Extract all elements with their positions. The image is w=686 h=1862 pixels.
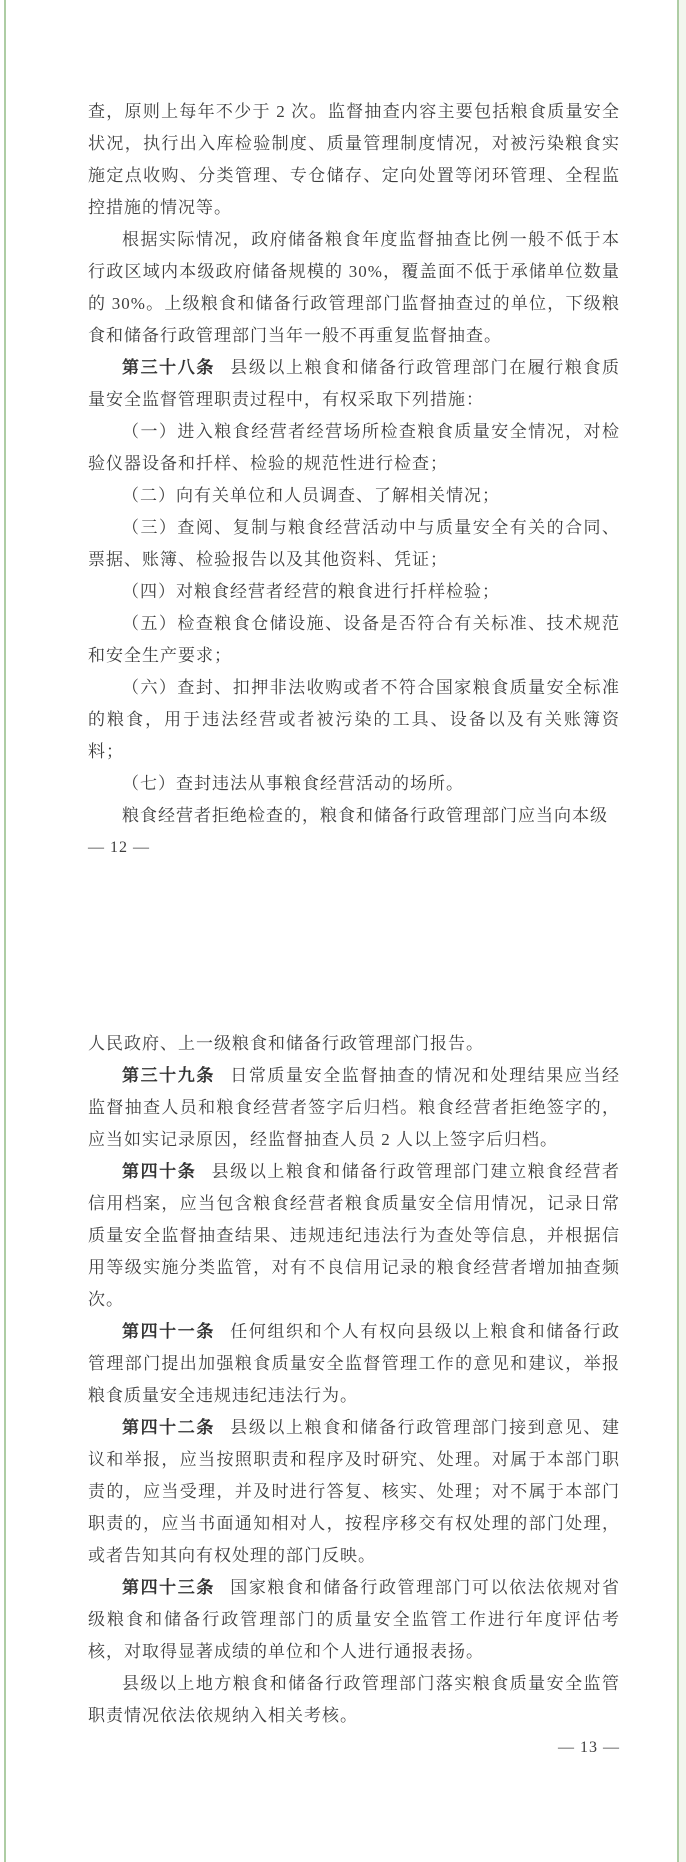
page-right-margin-strip — [679, 0, 686, 1862]
page-13: 人民政府、上一级粮食和储备行政管理部门报告。第三十九条日常质量安全监督抽查的情况… — [88, 1028, 620, 1763]
paragraph: （一）进入粮食经营者经营场所检查粮食质量安全情况，对检验仪器设备和扦样、检验的规… — [88, 416, 620, 480]
page-right-border — [677, 0, 679, 1862]
paragraph: （三）查阅、复制与粮食经营活动中与质量安全有关的合同、票据、账簿、检验报告以及其… — [88, 512, 620, 576]
article-number: 第三十九条 — [122, 1066, 215, 1085]
paragraph: 第四十条县级以上粮食和储备行政管理部门建立粮食经营者信用档案，应当包含粮食经营者… — [88, 1156, 620, 1316]
paragraph: （二）向有关单位和人员调查、了解相关情况； — [88, 480, 620, 512]
paragraph: （七）查封违法从事粮食经营活动的场所。 — [88, 768, 620, 800]
article-number: 第四十三条 — [122, 1578, 215, 1597]
page-12: 查，原则上每年不少于 2 次。监督抽查内容主要包括粮食质量安全状况，执行出入库检… — [88, 96, 620, 863]
paragraph: （六）查封、扣押非法收购或者不符合国家粮食质量安全标准的粮食，用于违法经营或者被… — [88, 672, 620, 768]
paragraph: 第四十二条县级以上粮食和储备行政管理部门接到意见、建议和举报，应当按照职责和程序… — [88, 1412, 620, 1572]
page-12-body: 查，原则上每年不少于 2 次。监督抽查内容主要包括粮食质量安全状况，执行出入库检… — [88, 96, 620, 832]
paragraph: 根据实际情况，政府储备粮食年度监督抽查比例一般不低于本行政区域内本级政府储备规模… — [88, 224, 620, 352]
page-number-13: — 13 — — [88, 1733, 620, 1763]
page-13-body: 人民政府、上一级粮食和储备行政管理部门报告。第三十九条日常质量安全监督抽查的情况… — [88, 1028, 620, 1732]
page-number-12: — 12 — — [88, 833, 620, 863]
paragraph: （四）对粮食经营者经营的粮食进行扦样检验； — [88, 576, 620, 608]
paragraph: 人民政府、上一级粮食和储备行政管理部门报告。 — [88, 1028, 620, 1060]
document-viewer: 查，原则上每年不少于 2 次。监督抽查内容主要包括粮食质量安全状况，执行出入库检… — [0, 0, 686, 1862]
article-number: 第四十二条 — [122, 1418, 215, 1437]
paragraph: 第四十一条任何组织和个人有权向县级以上粮食和储备行政管理部门提出加强粮食质量安全… — [88, 1316, 620, 1412]
article-number: 第四十条 — [122, 1162, 196, 1181]
paragraph: 查，原则上每年不少于 2 次。监督抽查内容主要包括粮食质量安全状况，执行出入库检… — [88, 96, 620, 224]
paragraph: （五）检查粮食仓储设施、设备是否符合有关标准、技术规范和安全生产要求； — [88, 608, 620, 672]
paragraph: 县级以上地方粮食和储备行政管理部门落实粮食质量安全监管职责情况依法依规纳入相关考… — [88, 1668, 620, 1732]
paragraph: 粮食经营者拒绝检查的，粮食和储备行政管理部门应当向本级 — [88, 800, 620, 832]
paragraph: 第三十九条日常质量安全监督抽查的情况和处理结果应当经监督抽查人员和粮食经营者签字… — [88, 1060, 620, 1156]
paragraph: 第四十三条国家粮食和储备行政管理部门可以依法依规对省级粮食和储备行政管理部门的质… — [88, 1572, 620, 1668]
article-number: 第三十八条 — [122, 358, 215, 377]
article-number: 第四十一条 — [122, 1322, 215, 1341]
paragraph: 第三十八条县级以上粮食和储备行政管理部门在履行粮食质量安全监督管理职责过程中，有… — [88, 352, 620, 416]
page-left-border — [4, 0, 6, 1862]
